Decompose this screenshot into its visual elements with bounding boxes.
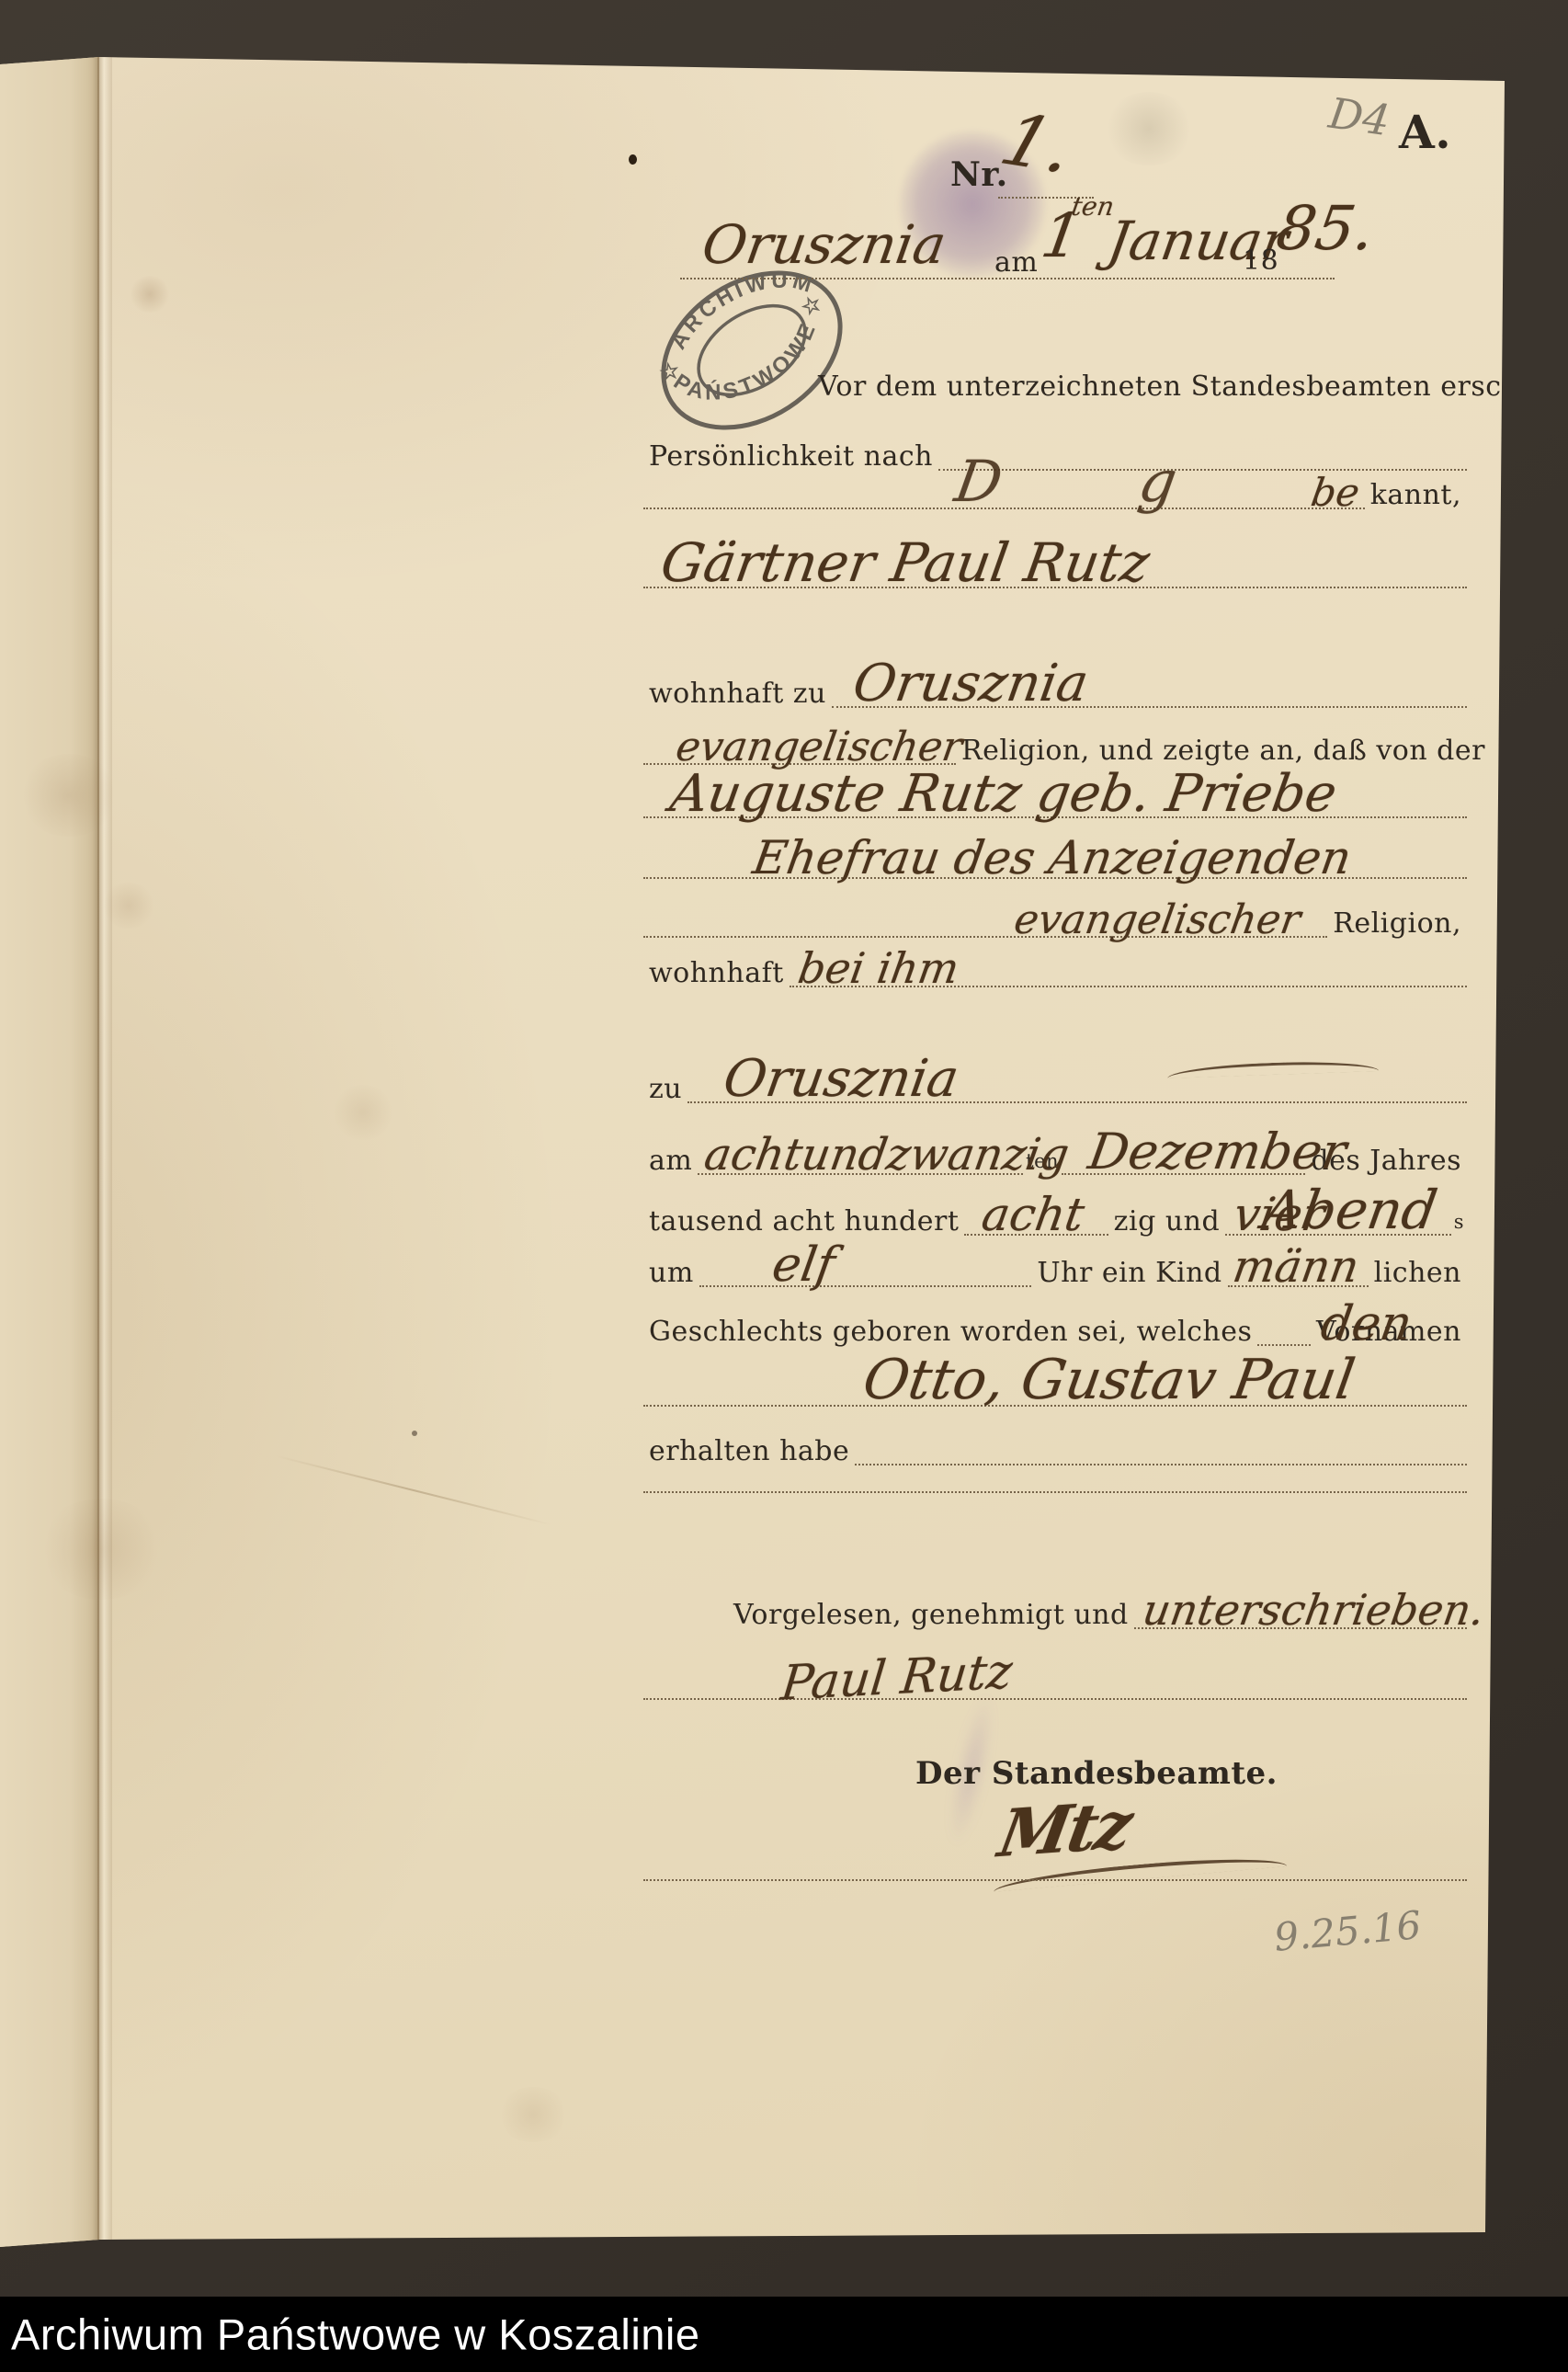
printed-wohnhaft-zu: wohnhaft zu — [643, 679, 832, 709]
day-suffix-handwritten: ten — [1069, 191, 1116, 222]
form-row-vorgelesen: Vorgelesen, genehmigt und unterschrieben… — [728, 1568, 1467, 1629]
paper-crease — [275, 1455, 551, 1526]
report-year-handwritten: 85. — [1272, 193, 1380, 264]
unterschrieben-field: unterschrieben. — [1134, 1568, 1467, 1629]
residence-field: Orusznia — [832, 649, 1467, 708]
form-row-declarant: Gärtner Paul Rutz — [643, 519, 1467, 588]
form-row-birth-date: am achtundzwanzig ten Dezember des Jahre… — [643, 1114, 1467, 1175]
printed-am: am — [989, 248, 1043, 278]
printed-vorgelesen: Vorgelesen, genehmigt und — [728, 1601, 1134, 1630]
form-row-mother-role: Ehefrau des Anzeigenden — [643, 820, 1467, 879]
declarant-field: Gärtner Paul Rutz — [643, 519, 1467, 588]
father-signature-field: Paul Rutz — [643, 1636, 1467, 1700]
form-row-child-names: Otto, Gustav Paul — [643, 1342, 1467, 1407]
printed-wohnhaft: wohnhaft — [643, 959, 790, 988]
svg-text:PAŃSTWOWE ☆: PAŃSTWOWE ☆ — [664, 281, 852, 436]
document-page: ☆ ARCHIWUM PAŃSTWOWE ☆ D4 A. Nr. 1. Orus… — [0, 0, 1568, 2372]
den-field: den — [1257, 1289, 1311, 1346]
blank-dotted-field — [643, 1442, 1467, 1493]
hour-field: elf — [699, 1230, 1032, 1287]
birth-day-field: achtundzwanzig — [698, 1114, 1023, 1175]
decade-field: acht — [964, 1177, 1108, 1236]
ink-speck — [412, 1431, 417, 1436]
flourish-mark: D — [950, 448, 1006, 515]
birth-place-handwritten: Orusznia — [720, 1049, 963, 1109]
hour-handwritten: elf — [768, 1237, 838, 1293]
printed-zu: zu — [643, 1075, 687, 1104]
birth-month-field: Dezember — [1062, 1114, 1305, 1175]
printed-religion: Religion, — [1327, 909, 1467, 939]
form-row-bekannt: D g be kannt, — [643, 458, 1467, 509]
adjacent-page-edge — [0, 0, 99, 2372]
form-row-blank — [643, 1442, 1467, 1493]
wohnhaft-bei-field: bei ihm — [790, 938, 1467, 987]
sex-handwritten: männ — [1229, 1241, 1362, 1293]
wohnhaft-bei-handwritten: bei ihm — [794, 943, 962, 993]
stamp-text-bottom: PAŃSTWOWE ☆ — [664, 281, 852, 436]
paper-stain — [129, 276, 171, 313]
form-row-intro: Vor dem unterzeichneten Standesbeamten e… — [812, 360, 1474, 401]
mother-role-field: Ehefrau des Anzeigenden — [643, 820, 1467, 879]
mother-handwritten: Auguste Rutz geb. Priebe — [666, 764, 1341, 824]
year-unit-field: vier Abend — [1225, 1177, 1451, 1236]
pencil-annotation-top: D4 — [1326, 88, 1393, 146]
form-row-mother: Auguste Rutz geb. Priebe — [643, 756, 1467, 818]
printed-um: um — [643, 1259, 699, 1288]
pencil-annotation-bottom: 9.25.16 — [1272, 1902, 1423, 1960]
child-names-handwritten: Otto, Gustav Paul — [858, 1348, 1358, 1412]
form-letter-a: A. — [1393, 108, 1457, 157]
printed-standesbeamte: Der Standesbeamte. — [910, 1758, 1252, 1791]
declarant-handwritten: Gärtner Paul Rutz — [657, 531, 1154, 594]
child-names-field: Otto, Gustav Paul — [643, 1342, 1467, 1407]
unterschrieben-handwritten: unterschrieben. — [1139, 1585, 1487, 1635]
birth-month-handwritten: Dezember — [1085, 1123, 1350, 1180]
archive-name-label: Archiwum Państwowe w Koszalinie — [11, 2309, 700, 2360]
form-row-religion-2: evangelischer Religion, — [643, 888, 1467, 938]
religion-handwritten: evangelischer — [1011, 896, 1304, 943]
binding-fold — [97, 0, 112, 2372]
scanned-document-scene: ☆ ARCHIWUM PAŃSTWOWE ☆ D4 A. Nr. 1. Orus… — [0, 0, 1568, 2372]
printed-lichen: lichen — [1369, 1259, 1467, 1288]
blank-dotted-field: D g be — [643, 458, 1365, 509]
paper-stain — [496, 2087, 570, 2142]
form-row-birth-year: tausend acht hundert acht zig und vier A… — [643, 1177, 1467, 1236]
ink-speck — [629, 154, 637, 165]
form-row-birth-hour: um elf Uhr ein Kind männ lichen — [643, 1230, 1467, 1287]
archive-watermark-bar: Archiwum Państwowe w Koszalinie — [0, 2297, 1568, 2372]
birth-day-handwritten: achtundzwanzig — [701, 1129, 1073, 1180]
mother-role-handwritten: Ehefrau des Anzeigenden — [749, 831, 1355, 884]
residence-handwritten: Orusznia — [849, 654, 1093, 713]
religion-field: evangelischer — [643, 888, 1327, 938]
form-row-blank-final — [643, 1830, 1467, 1881]
form-row-residence: wohnhaft zu Orusznia — [643, 649, 1467, 708]
nr-value-handwritten: 1. — [991, 99, 1085, 189]
paper-stain — [331, 1085, 395, 1140]
form-row-wohnhaft-bei: wohnhaft bei ihm — [643, 938, 1467, 987]
report-place-handwritten: Orusznia — [699, 213, 950, 276]
form-row-geschlechts: Geschlechts geboren worden sei, welches … — [643, 1289, 1467, 1346]
flourish-mark: g — [1134, 448, 1181, 515]
blank-dotted-field — [643, 1830, 1467, 1881]
form-row-father-signature: Paul Rutz — [643, 1636, 1467, 1700]
printed-am: am — [643, 1146, 698, 1176]
printed-kannt: kannt, — [1365, 481, 1467, 510]
printed-uhr-ein-kind: Uhr ein Kind — [1031, 1259, 1227, 1288]
handwritten-be: be — [1308, 470, 1363, 515]
paper-stain — [1103, 92, 1195, 165]
mother-field: Auguste Rutz geb. Priebe — [643, 756, 1467, 818]
sex-field: männ — [1228, 1230, 1369, 1287]
printed-intro-1: Vor dem unterzeichneten Standesbeamten e… — [812, 372, 1568, 402]
